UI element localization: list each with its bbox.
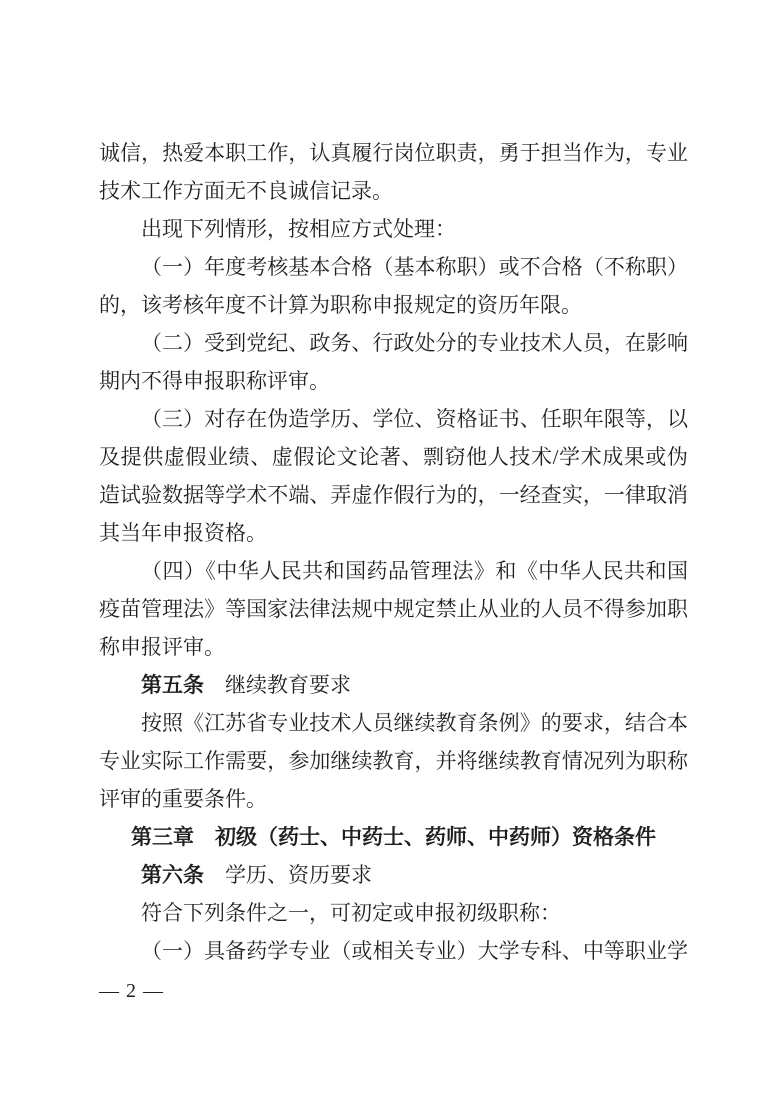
text-run: （一）具备药学专业（或相关专业）大学专科、中等职业学 <box>141 939 688 963</box>
text-run: 专业实际工作需要，参加继续教育，并将继续教育情况列为职称 <box>99 749 688 773</box>
text-line-5: 的，该考核年度不计算为职称申报规定的资历年限。 <box>99 286 688 324</box>
text-line-12: （四）《中华人民共和国药品管理法》和《中华人民共和国 <box>99 552 688 590</box>
text-run: 符合下列条件之一，可初定或申报初级职称： <box>141 901 561 925</box>
text-line-11: 其当年申报资格。 <box>99 514 688 552</box>
text-run: （一）年度考核基本合格（基本称职）或不合格（不称职） <box>141 255 688 279</box>
text-line-10: 造试验数据等学术不端、弄虚作假行为的，一经查实，一律取消 <box>99 476 688 514</box>
text-line-13: 疫苗管理法》等国家法律法规中规定禁止从业的人员不得参加职 <box>99 590 688 628</box>
text-line-4: （一）年度考核基本合格（基本称职）或不合格（不称职） <box>99 248 688 286</box>
text-run: 评审的重要条件。 <box>99 787 267 811</box>
text-run: 第三章 初级（药士、中药士、药师、中药师）资格条件 <box>131 825 656 849</box>
bold-run: 第六条 <box>141 863 204 887</box>
page-number: — 2 — <box>99 976 164 1006</box>
text-run: 疫苗管理法》等国家法律法规中规定禁止从业的人员不得参加职 <box>99 597 688 621</box>
text-line-2: 技术工作方面无不良诚信记录。 <box>99 172 688 210</box>
text-line-16: 按照《江苏省专业技术人员继续教育条例》的要求，结合本 <box>99 704 688 742</box>
text-run: 学历、资历要求 <box>204 863 372 887</box>
text-run: 其当年申报资格。 <box>99 521 267 545</box>
text-line-21: 符合下列条件之一，可初定或申报初级职称： <box>99 894 688 932</box>
text-line-17: 专业实际工作需要，参加继续教育，并将继续教育情况列为职称 <box>99 742 688 780</box>
text-line-14: 称申报评审。 <box>99 628 688 666</box>
text-line-20: 第六条 学历、资历要求 <box>99 856 688 894</box>
text-line-18: 评审的重要条件。 <box>99 780 688 818</box>
text-run: 及提供虚假业绩、虚假论文论著、剽窃他人技术/学术成果或伪 <box>99 445 688 469</box>
text-run: 诚信，热爱本职工作，认真履行岗位职责，勇于担当作为，专业 <box>99 141 688 165</box>
text-run: 继续教育要求 <box>204 673 351 697</box>
text-run: 造试验数据等学术不端、弄虚作假行为的，一经查实，一律取消 <box>99 483 688 507</box>
document-lines: 诚信，热爱本职工作，认真履行岗位职责，勇于担当作为，专业技术工作方面无不良诚信记… <box>99 134 688 970</box>
text-line-8: （三）对存在伪造学历、学位、资格证书、任职年限等，以 <box>99 400 688 438</box>
document-page: 诚信，热爱本职工作，认真履行岗位职责，勇于担当作为，专业技术工作方面无不良诚信记… <box>0 0 777 1099</box>
text-run: 出现下列情形，按相应方式处理： <box>141 217 456 241</box>
text-line-3: 出现下列情形，按相应方式处理： <box>99 210 688 248</box>
text-run: （四）《中华人民共和国药品管理法》和《中华人民共和国 <box>141 559 688 583</box>
text-line-15: 第五条 继续教育要求 <box>99 666 688 704</box>
text-run: 技术工作方面无不良诚信记录。 <box>99 179 393 203</box>
text-run: （二）受到党纪、政务、行政处分的专业技术人员，在影响 <box>141 331 688 355</box>
text-run: 的，该考核年度不计算为职称申报规定的资历年限。 <box>99 293 582 317</box>
text-line-19: 第三章 初级（药士、中药士、药师、中药师）资格条件 <box>99 818 688 856</box>
text-line-22: （一）具备药学专业（或相关专业）大学专科、中等职业学 <box>99 932 688 970</box>
text-line-6: （二）受到党纪、政务、行政处分的专业技术人员，在影响 <box>99 324 688 362</box>
text-line-9: 及提供虚假业绩、虚假论文论著、剽窃他人技术/学术成果或伪 <box>99 438 688 476</box>
bold-run: 第五条 <box>141 673 204 697</box>
text-run: 称申报评审。 <box>99 635 225 659</box>
text-line-1: 诚信，热爱本职工作，认真履行岗位职责，勇于担当作为，专业 <box>99 134 688 172</box>
text-line-7: 期内不得申报职称评审。 <box>99 362 688 400</box>
text-run: 按照《江苏省专业技术人员继续教育条例》的要求，结合本 <box>141 711 688 735</box>
text-run: （三）对存在伪造学历、学位、资格证书、任职年限等，以 <box>141 407 688 431</box>
text-run: 期内不得申报职称评审。 <box>99 369 330 393</box>
